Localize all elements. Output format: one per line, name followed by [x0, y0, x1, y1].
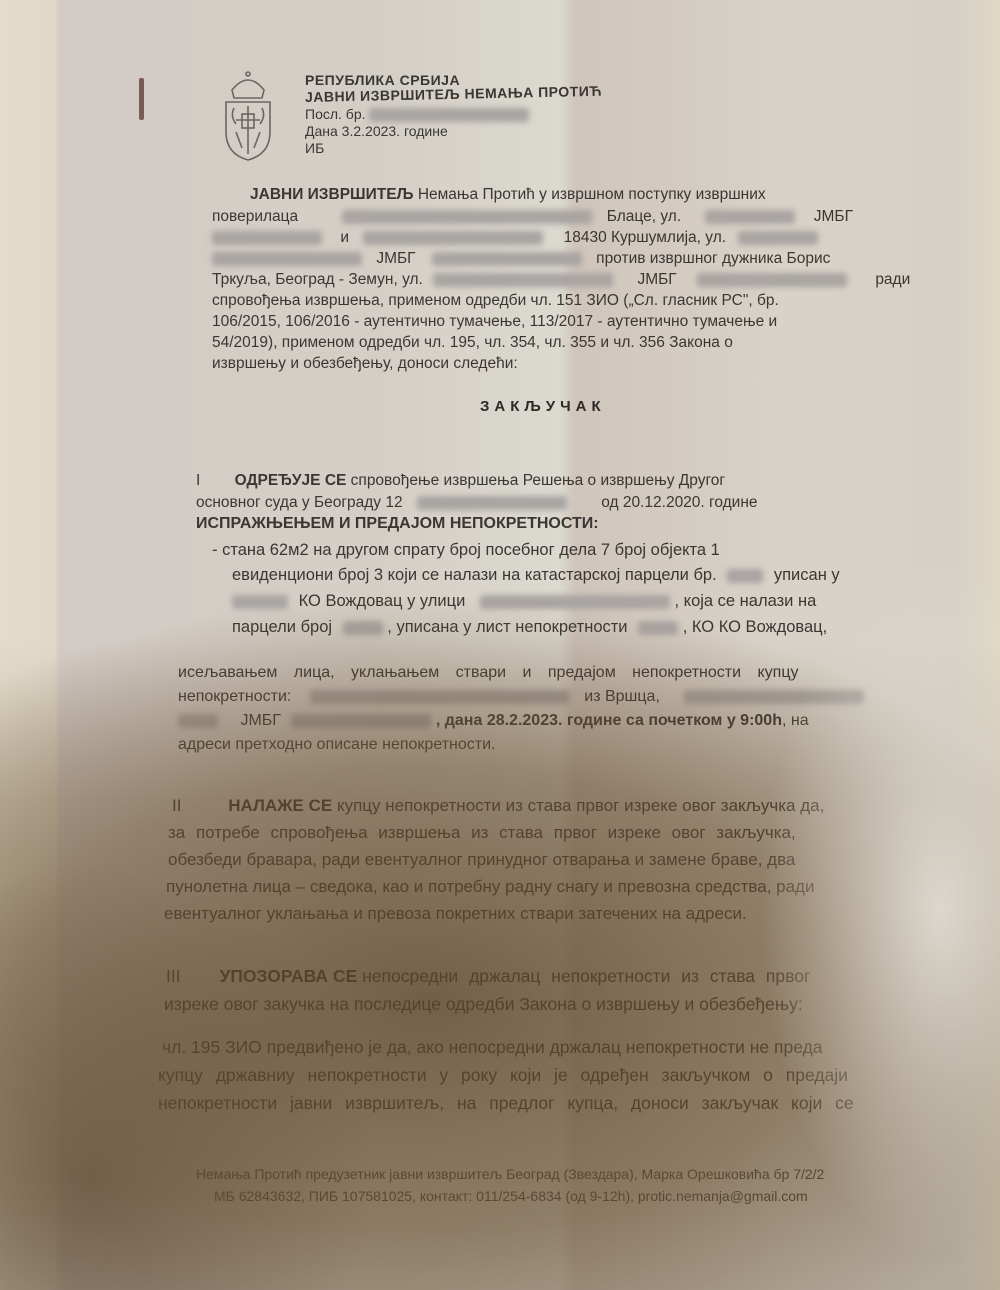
- header-case-number: Посл. бр.: [305, 106, 529, 123]
- header-date: Дана 3.2.2023. године: [305, 123, 448, 140]
- intro-line-7: 106/2015, 106/2016 - аутентично тумачење…: [212, 313, 777, 331]
- section-2-line-2: за потребе спровођења извршења из става …: [168, 823, 796, 843]
- section-2-line-5: евентуалног уклањања и превоза покретних…: [164, 904, 747, 924]
- intro-line-6: спровођења извршења, применом одредби чл…: [212, 292, 779, 310]
- header-ib: ИБ: [305, 140, 324, 157]
- document-page: РЕПУБЛИКА СРБИЈА ЈАВНИ ИЗВРШИТЕЉ НЕМАЊА …: [0, 0, 1000, 1290]
- section-2-line-1: II НАЛАЖЕ СЕ купцу непокретности из став…: [172, 796, 824, 816]
- coat-of-arms-icon: [222, 68, 274, 164]
- footer-line-1: Немања Протић предузетник јавни извршите…: [196, 1166, 824, 1182]
- section-3-line-2: изреке овог закучка на последице одредби…: [164, 994, 803, 1015]
- section-1-para-2: непокретности: из Вршца,: [178, 688, 864, 706]
- section-3-line-4: купцу државниу непокретности у року који…: [158, 1065, 848, 1086]
- intro-line-3: и 18430 Куршумлија, ул.: [212, 229, 818, 247]
- section-1-bullet-1: - стана 62м2 на другом спрату број посеб…: [212, 541, 720, 560]
- footer-line-2: МБ 62843632, ПИБ 107581025, контакт: 011…: [214, 1188, 808, 1204]
- section-1-line-1: I ОДРЕЂУЈЕ СЕ спровођење извршења Решења…: [196, 472, 725, 490]
- intro-line-9: извршењу и обезбеђењу, доноси следећи:: [212, 355, 518, 373]
- section-1-para-3: ЈМБГ , дана 28.2.2023. године са почетко…: [178, 712, 809, 730]
- intro-line-1: ЈАВНИ ИЗВРШИТЕЉ Немања Протић у извршном…: [250, 186, 766, 204]
- section-1-bullet-3: КО Вождовац у улици , која се налази на: [232, 592, 816, 611]
- intro-line-4: ЈМБГ против извршног дужника Борис: [212, 250, 830, 268]
- section-1-line-3: ИСПРАЖЊЕЊЕМ И ПРЕДАЈОМ НЕПОКРЕТНОСТИ:: [196, 515, 599, 533]
- section-1-para-4: адреси претходно описане непокретности.: [178, 736, 495, 754]
- section-2-line-3: обезбеди бравара, ради евентуалног прину…: [168, 850, 795, 870]
- ink-mark: [139, 78, 144, 120]
- section-1-bullet-4: парцели број , уписана у лист непокретно…: [232, 618, 827, 637]
- intro-line-2: поверилаца Блаце, ул. ЈМБГ: [212, 208, 880, 226]
- section-1-line-2: основног суда у Београду 12 од 20.12.202…: [196, 494, 916, 512]
- section-3-line-1: III УПОЗОРАВА СЕ непосредни држалац непо…: [166, 966, 810, 987]
- section-2-line-4: пунолетна лица – сведока, као и потребну…: [166, 877, 814, 897]
- intro-line-8: 54/2019), применом одредби чл. 195, чл. …: [212, 334, 733, 352]
- intro-line-5: Тркуља, Београд - Земун, ул. ЈМБГ ради: [212, 271, 880, 289]
- document-title: ЗАКЉУЧАК: [480, 398, 606, 415]
- section-1-bullet-2: евиденциони број 3 који се налази на кат…: [232, 566, 840, 585]
- section-3-line-3: чл. 195 ЗИО предвиђено је да, ако непоср…: [162, 1037, 823, 1058]
- section-3-line-5: непокретности јавни извршитељ, на предло…: [158, 1093, 854, 1114]
- section-1-para-1: исељавањем лица, уклањањем ствари и пред…: [178, 664, 798, 682]
